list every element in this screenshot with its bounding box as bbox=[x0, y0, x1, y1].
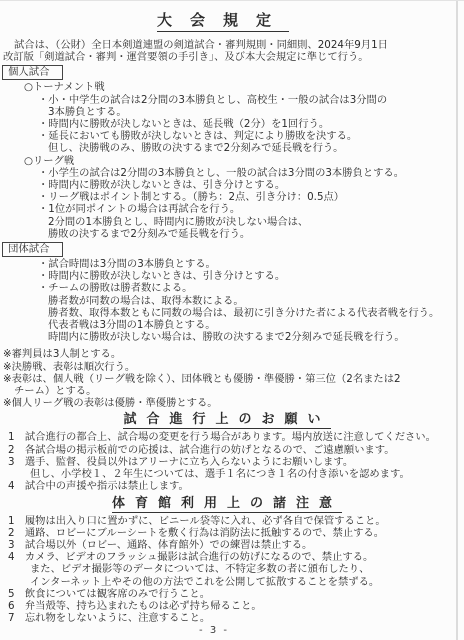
doc-line: 勝者数が同数の場合は、取得本数による。 bbox=[0, 295, 464, 307]
doc-line: 改訂版「剣道試合・審判・運営要領の手引き」、及び本大会規定に準じて行う。 bbox=[0, 51, 464, 63]
doc-line: ○トーナメント戦 bbox=[0, 81, 464, 93]
doc-line: 6 弁当殻等、持ち込まれたものは必ず持ち帰ること。 bbox=[0, 600, 464, 612]
boxed-label-text: 団体試合 bbox=[2, 242, 63, 257]
doc-line: 1 試合進行の都合上、試合場の変更を行う場合があります。場内放送に注意してくださ… bbox=[0, 431, 464, 443]
doc-line: 勝者数、取得本数ともに同数の場合は、最初に引き分けた者による代表者戦を行う。 bbox=[0, 307, 464, 319]
doc-line: 但し、決勝戦のみ、勝敗の決するまで2分刻みで延長戦を行う。 bbox=[0, 142, 464, 154]
doc-line: ・1位が同ポイントの場合は再試合を行う。 bbox=[0, 203, 464, 215]
doc-line: 2 通路、ロビーにブルーシートを敷く行為は消防法に抵触するので、禁止する。 bbox=[0, 527, 464, 539]
document-body: 大会規定試合は、（公財）全日本剣道連盟の剣道試合・審判規則・同細則、2024年9… bbox=[0, 11, 464, 638]
doc-line: インターネット上やその他の方法でこれを公開して拡散することを禁ずる。 bbox=[0, 576, 464, 588]
doc-line: 4 試合中の声援や指示は禁止します。 bbox=[0, 480, 464, 492]
boxed-label-text: 個人試合 bbox=[2, 65, 63, 80]
document-page: 大会規定試合は、（公財）全日本剣道連盟の剣道試合・審判規則・同細則、2024年9… bbox=[0, 0, 464, 640]
boxed-section-label: 団体試合 bbox=[0, 242, 464, 257]
section-heading: 体育館利用上の諸注意 bbox=[0, 496, 464, 513]
doc-line: ・時間内に勝敗が決しないときは、延長戦（2分）を1回行う。 bbox=[0, 118, 464, 130]
doc-line: ○リーグ戦 bbox=[0, 155, 464, 167]
doc-line: ・時間内に勝敗が決しないときは、引き分けとする。 bbox=[0, 179, 464, 191]
doc-line: ※決勝戦、表彰は順次行う。 bbox=[0, 361, 464, 373]
scan-edge-line bbox=[456, 1, 458, 640]
section-heading: 試合進行上のお願い bbox=[0, 412, 464, 429]
doc-line: 時間内に勝敗が決しない場合は、勝敗の決するまで2分刻みで延長戦を行う。 bbox=[0, 331, 464, 343]
heading-text: 大会規定 bbox=[157, 11, 289, 32]
doc-line: ・時間内に勝敗が決しないときは、引き分けとする。 bbox=[0, 270, 464, 282]
doc-line: 2分間の1本勝負とし、時間内に勝敗が決しない場合は、 bbox=[0, 216, 464, 228]
doc-line: 代表者戦は3分間の1本勝負とする。 bbox=[0, 319, 464, 331]
doc-line: 3本勝負とする。 bbox=[0, 106, 464, 118]
heading-text: 体育館利用上の諸注意 bbox=[112, 496, 342, 513]
doc-line: また、ビデオ撮影等のデータについては、不特定多数の者に頒布したり、 bbox=[0, 563, 464, 575]
doc-line: 1 履物は出入り口に置かずに、ビニール袋等に入れ、必ず各自で保管すること。 bbox=[0, 515, 464, 527]
doc-line: ※表彰は、個人戦（リーグ戦を除く）、団体戦とも優勝・準優勝・第三位（2名または2 bbox=[0, 373, 464, 385]
doc-line: 3 試合場以外（ロビー、通路、体育館外）での練習は禁止する。 bbox=[0, 539, 464, 551]
doc-line: ・リーグ戦はポイント制とする。（勝ち：2点、引き分け：0.5点） bbox=[0, 191, 464, 203]
heading-text: 試合進行上のお願い bbox=[123, 412, 330, 429]
doc-line: 勝敗の決するまで2分刻みで延長戦を行う。 bbox=[0, 228, 464, 240]
doc-line: 7 忘れ物をしないように、注意すること。 bbox=[0, 612, 464, 624]
boxed-section-label: 個人試合 bbox=[0, 65, 464, 80]
doc-line: ・小学生の試合は2分間の3本勝負とし、一般の試合は3分間の3本勝負とする。 bbox=[0, 167, 464, 179]
doc-line: 但し、小学校１、２年生については、選手１名につき１名の付き添いを認めます。 bbox=[0, 468, 464, 480]
doc-line: 5 飲食については観客席のみで行うこと。 bbox=[0, 588, 464, 600]
doc-line: ・試合時間は3分間の3本勝負とする。 bbox=[0, 258, 464, 270]
doc-line: 試合は、（公財）全日本剣道連盟の剣道試合・審判規則・同細則、2024年9月1日 bbox=[0, 39, 464, 51]
doc-line: ※審判員は3人制とする。 bbox=[0, 348, 464, 360]
doc-line: ・小・中学生の試合は2分間の3本勝負とし、高校生・一般の試合は3分間の bbox=[0, 94, 464, 106]
page-number: - 3 - bbox=[0, 625, 446, 637]
doc-title: 大会規定 bbox=[0, 11, 464, 32]
doc-line: 3 選手、監督、役員以外はアリーナに立ち入らないようにお願いします。 bbox=[0, 456, 464, 468]
doc-line: ※個人リーグ戦の表彰は優勝・準優勝とする。 bbox=[0, 397, 464, 409]
doc-line: 2 各試合場の掲示板前での応援は、試合進行の妨げとなるので、ご遠慮願います。 bbox=[0, 444, 464, 456]
doc-line: 4 カメラ、ビデオのフラッシュ撮影は試合進行の妨げになるので、禁止する。 bbox=[0, 551, 464, 563]
doc-line: チーム）とする。 bbox=[0, 385, 464, 397]
doc-line: ・チームの勝敗は勝者数による。 bbox=[0, 282, 464, 294]
doc-line: ・延長においても勝敗が決しないときは、判定により勝敗を決する。 bbox=[0, 130, 464, 142]
